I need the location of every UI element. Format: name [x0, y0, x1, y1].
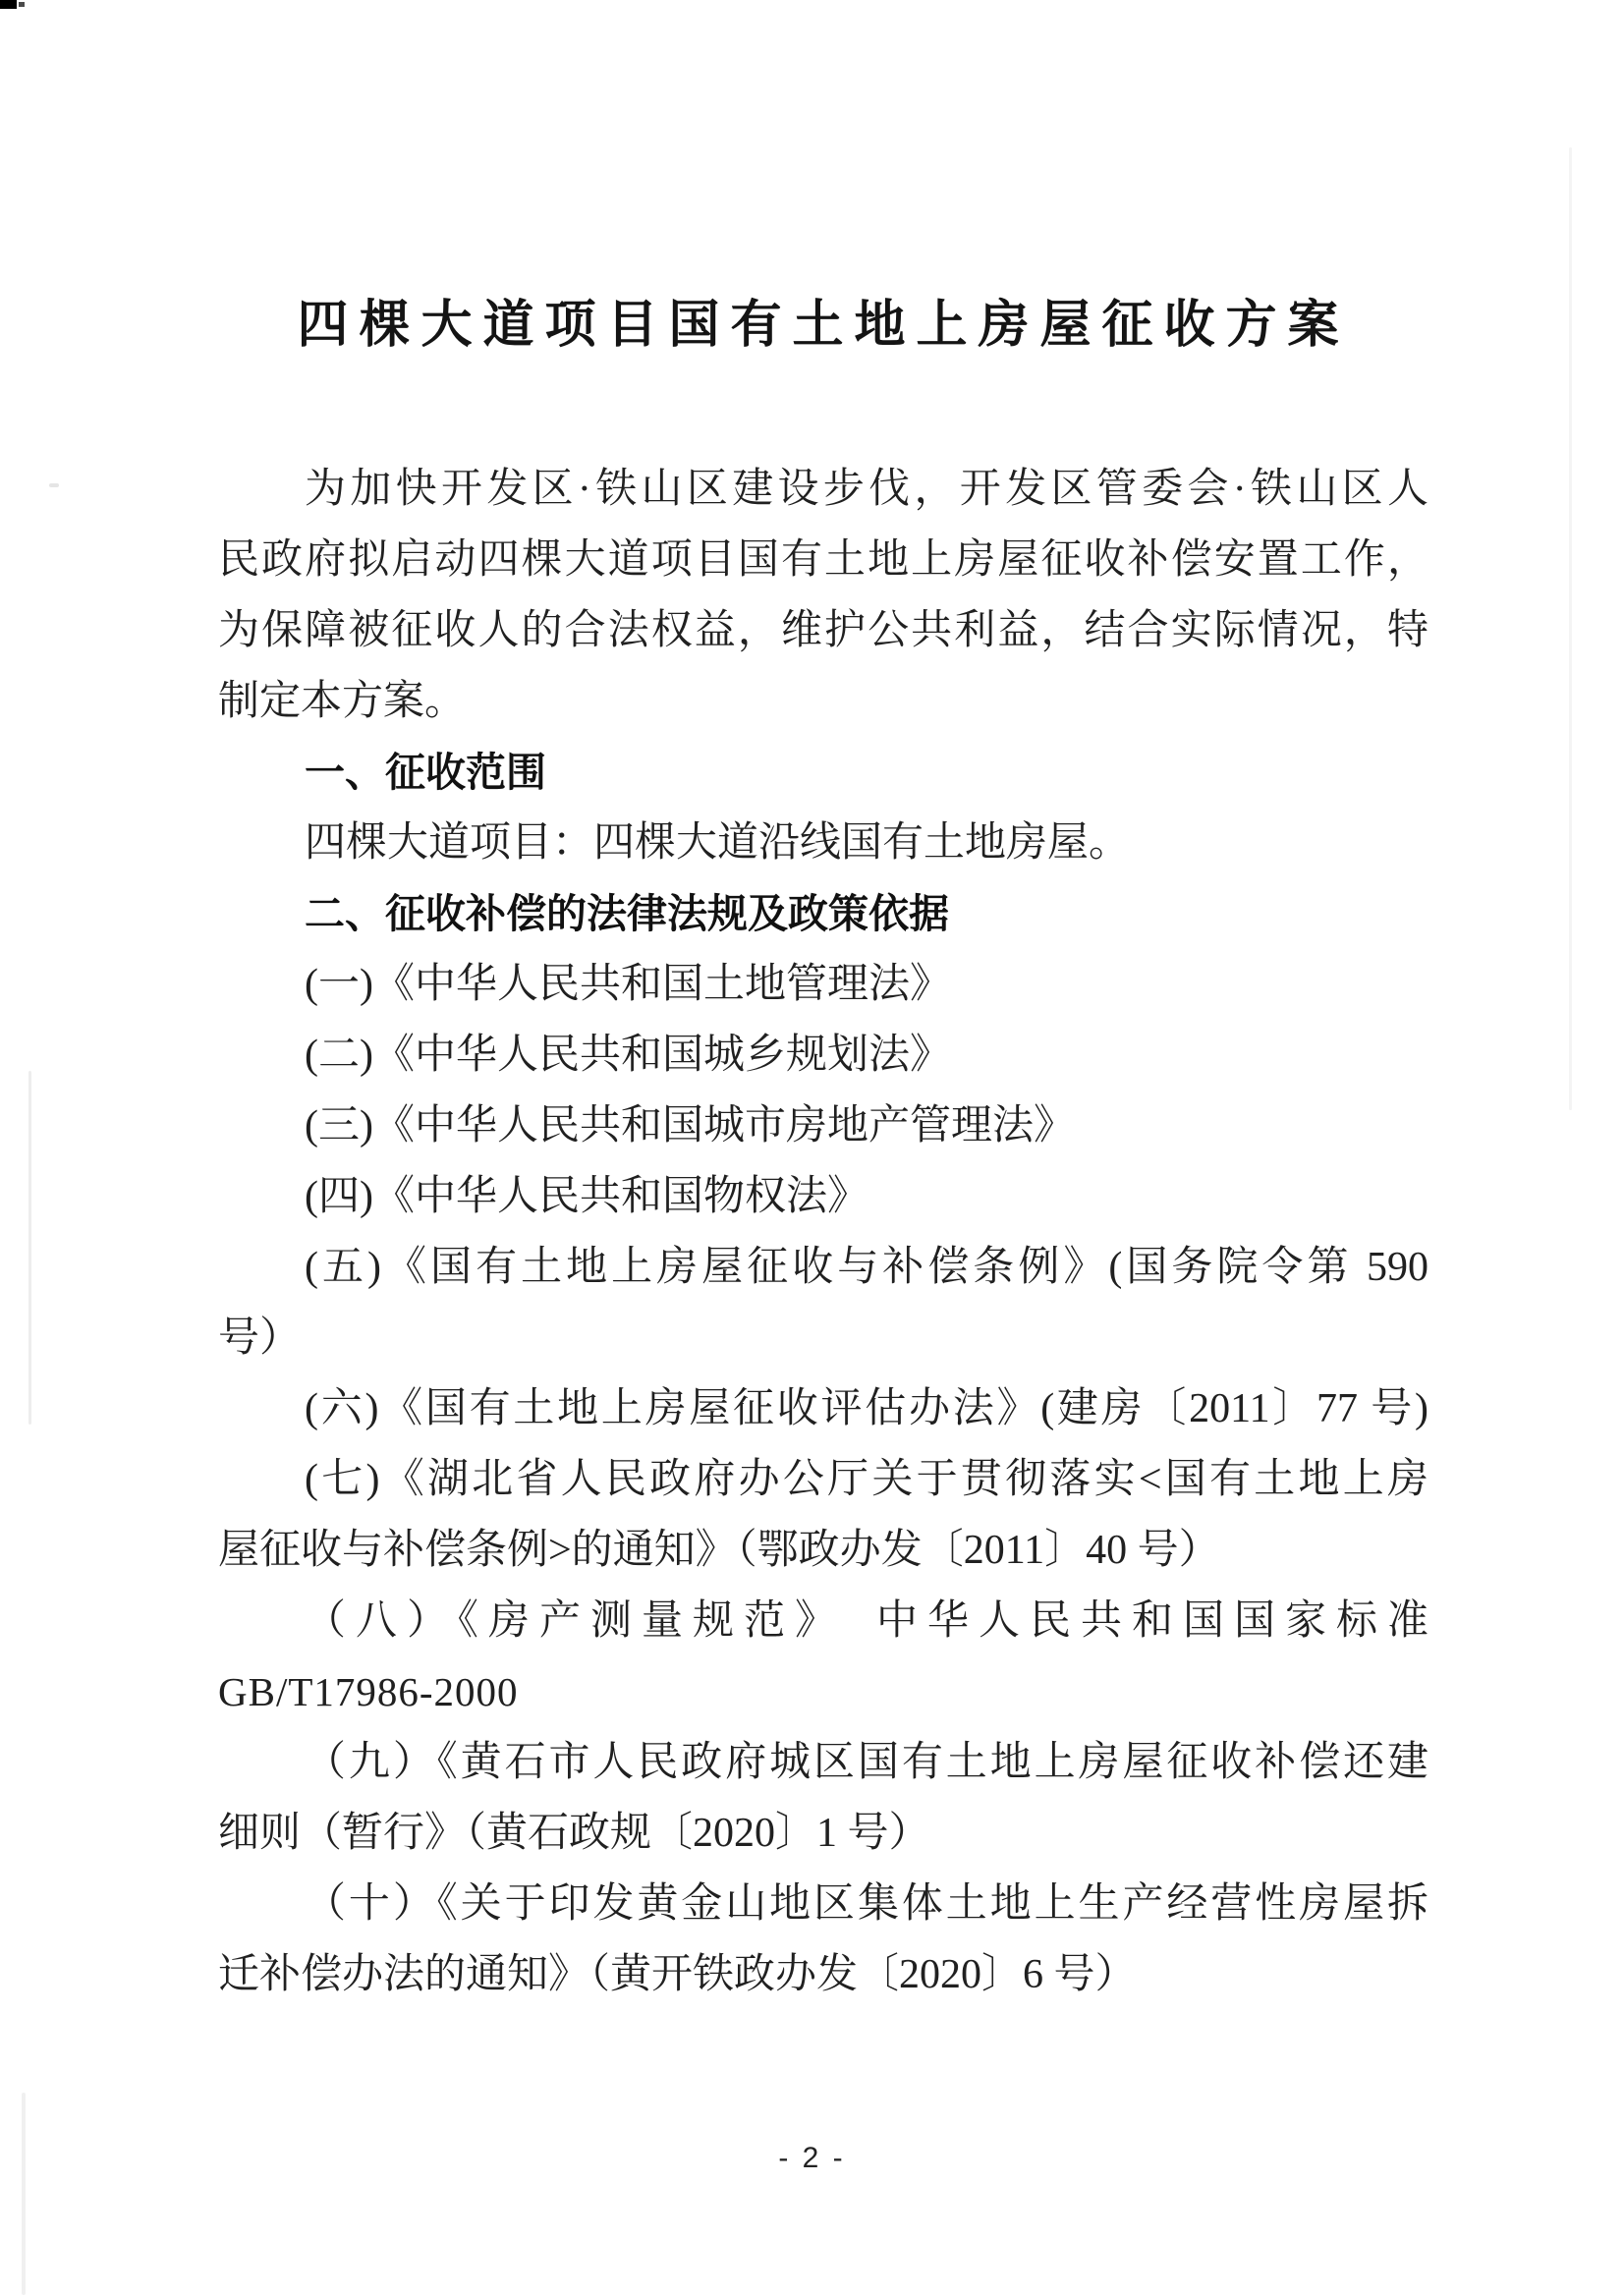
legal-basis-item-2: (二)《中华人民共和国城乡规划法》 [218, 1020, 1428, 1091]
intro-paragraph-line: 为保障被征收人的合法权益，维护公共利益，结合实际情况，特 [218, 595, 1428, 666]
section-1-heading: 一、征收范围 [218, 737, 1428, 808]
document-title-text: 四棵大道项目国有土地上房屋征收方案 [297, 298, 1349, 354]
legal-basis-item-6: (六)《国有土地上房屋征收评估办法》(建房〔2011〕77 号) [218, 1373, 1428, 1444]
document-title: 四棵大道项目国有土地上房屋征收方案 [218, 283, 1428, 357]
document-body: 为加快开发区·铁山区建设步伐，开发区管委会·铁山区人 民政府拟启动四棵大道项目国… [218, 454, 1428, 2010]
scan-artifact-dot [19, 2, 25, 7]
legal-basis-item-5: (五)《国有土地上房屋征收与补偿条例》(国务院令第 590 [218, 1232, 1428, 1303]
legal-basis-item-5-cont: 号） [218, 1303, 1428, 1373]
scan-artifact-corner [0, 0, 17, 9]
legal-basis-item-7: (七)《湖北省人民政府办公厅关于贯彻落实<国有土地上房 [218, 1444, 1428, 1515]
legal-basis-item-7-cont: 屋征收与补偿条例>的通知》（鄂政办发〔2011〕40 号） [218, 1515, 1428, 1586]
scan-artifact-speck [49, 483, 59, 487]
document-page: 四棵大道项目国有土地上房屋征收方案 为加快开发区·铁山区建设步伐，开发区管委会·… [0, 0, 1624, 2295]
section-1-body-line: 四棵大道项目：四棵大道沿线国有土地房屋。 [218, 808, 1428, 878]
intro-paragraph-line: 民政府拟启动四棵大道项目国有土地上房屋征收补偿安置工作， [218, 525, 1428, 595]
section-2-heading: 二、征收补偿的法律法规及政策依据 [218, 878, 1428, 949]
legal-basis-item-1: (一)《中华人民共和国土地管理法》 [218, 949, 1428, 1020]
intro-paragraph-line: 制定本方案。 [218, 666, 1428, 737]
scan-artifact-streak [1569, 147, 1572, 1110]
legal-basis-item-4: (四)《中华人民共和国物权法》 [218, 1161, 1428, 1232]
scan-artifact-streak [28, 1071, 31, 1425]
scan-artifact-streak [22, 2093, 26, 2295]
legal-basis-item-10: （十）《关于印发黄金山地区集体土地上生产经营性房屋拆 [218, 1869, 1428, 1939]
legal-basis-item-3: (三)《中华人民共和国城市房地产管理法》 [218, 1091, 1428, 1161]
legal-basis-item-8-cont: GB/T17986-2000 [218, 1656, 1428, 1727]
legal-basis-item-9: （九）《黄石市人民政府城区国有土地上房屋征收补偿还建 [218, 1727, 1428, 1798]
legal-basis-item-9-cont: 细则（暂行》（黄石政规〔2020〕1 号） [218, 1798, 1428, 1869]
intro-paragraph-line: 为加快开发区·铁山区建设步伐，开发区管委会·铁山区人 [218, 454, 1428, 525]
page-number: - 2 - [0, 2142, 1624, 2175]
legal-basis-item-10-cont: 迁补偿办法的通知》（黄开铁政办发〔2020〕6 号） [218, 1939, 1428, 2010]
legal-basis-item-8: （八）《房产测量规范》 中华人民共和国国家标准 [218, 1586, 1428, 1656]
